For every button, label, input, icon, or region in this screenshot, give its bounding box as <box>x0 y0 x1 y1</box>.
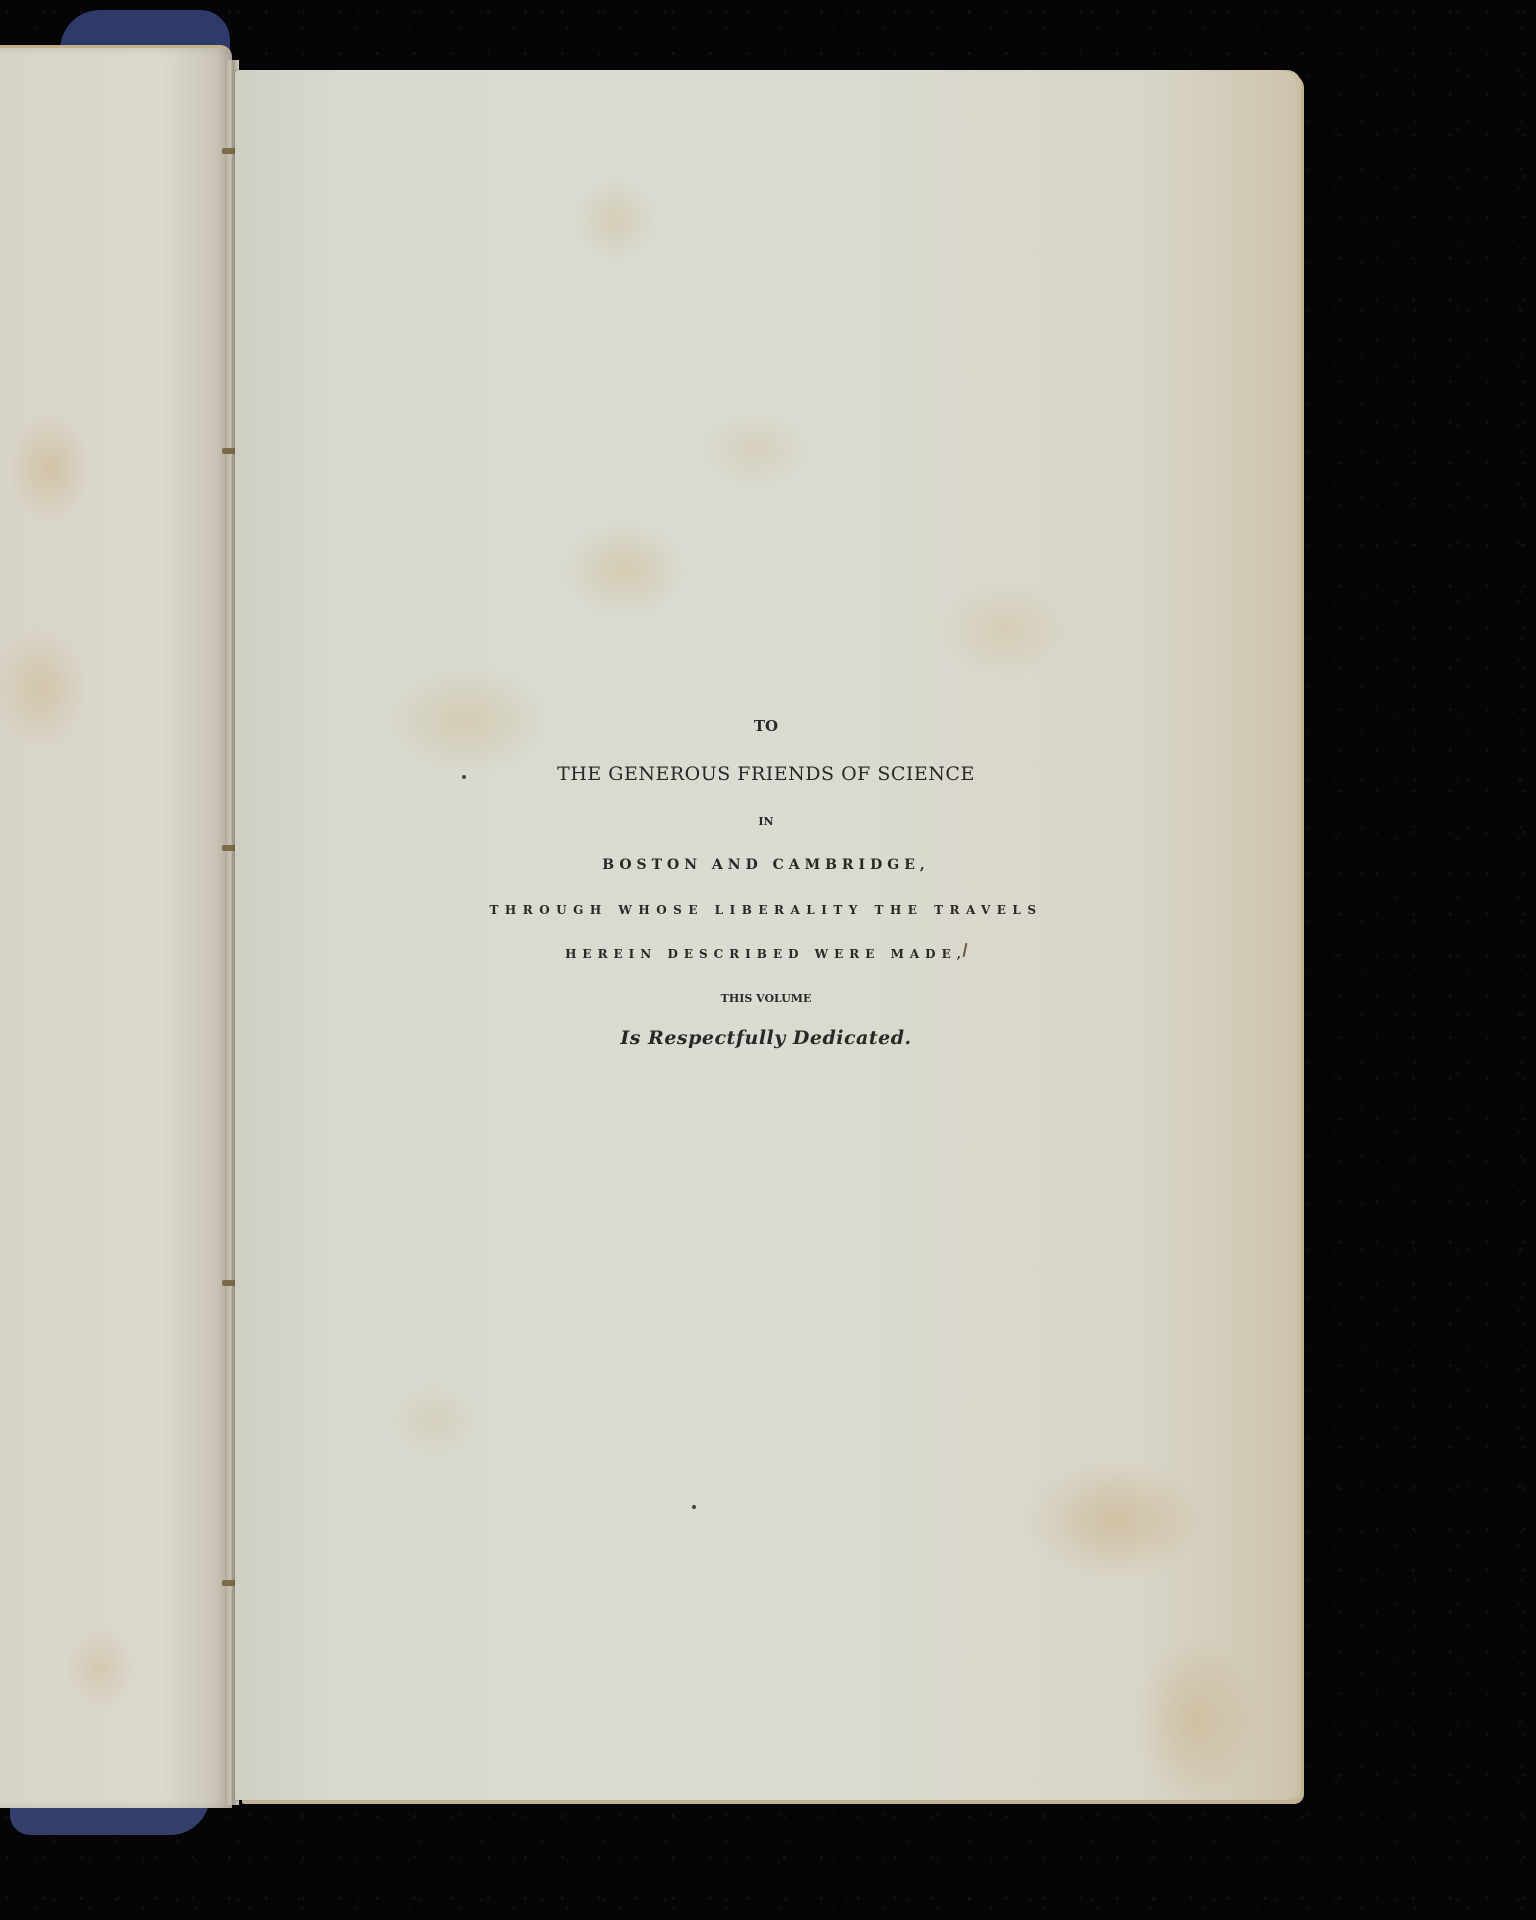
dedication-line-volume: THIS VOLUME <box>235 992 1297 1005</box>
dedication-line-herein: HEREIN DESCRIBED WERE MADE, <box>235 947 1297 961</box>
dedication-line-through: THROUGH WHOSE LIBERALITY THE TRAVELS <box>235 903 1297 917</box>
dedication-line-in: IN <box>235 815 1297 828</box>
ink-speck <box>462 775 466 779</box>
dedication-line-recipients: THE GENEROUS FRIENDS OF SCIENCE <box>235 763 1297 785</box>
dedication-line-closing: Is Respectfully Dedicated. <box>235 1027 1297 1049</box>
right-page: TO THE GENEROUS FRIENDS OF SCIENCE IN BO… <box>235 70 1297 1800</box>
left-page <box>0 45 232 1808</box>
dedication-line-location: BOSTON AND CAMBRIDGE, <box>235 857 1297 873</box>
ink-speck <box>692 1505 696 1509</box>
dedication-line-to: TO <box>235 717 1297 735</box>
